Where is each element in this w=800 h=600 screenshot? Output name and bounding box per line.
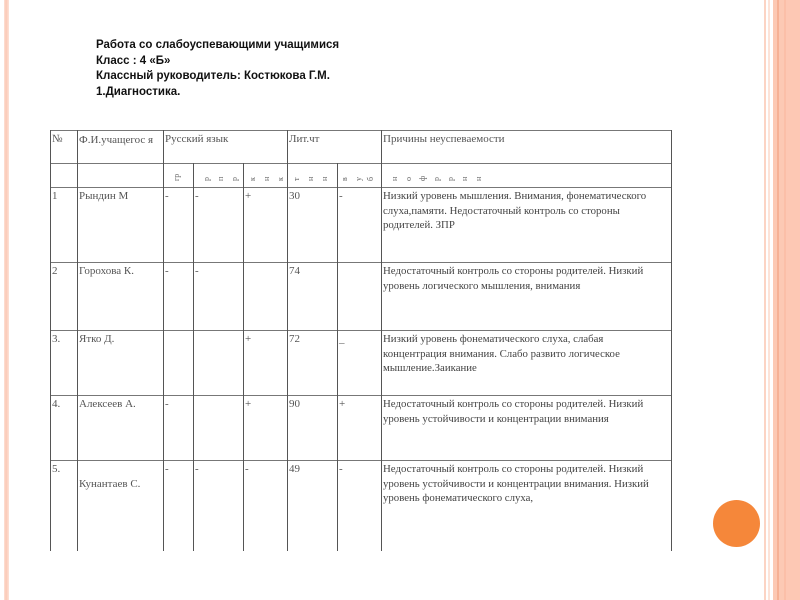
cell-reasons: Низкий уровень фонематического слуха, сл…: [381, 330, 671, 378]
cell-russian-3: +: [243, 395, 287, 414]
heading-teacher: Классный руководитель: Костюкова Г.М.: [96, 69, 339, 85]
subheader-fragment: р: [446, 177, 455, 181]
subheader-fragment: гр: [172, 174, 181, 181]
cell-russian-1: -: [163, 395, 193, 414]
cell-russian-3: +: [243, 330, 287, 349]
cell-student-name: Рындин М: [77, 187, 163, 206]
subheader-fragment: о: [404, 177, 413, 181]
table-row-divider: [50, 163, 671, 164]
cell-reading-2: _: [337, 330, 381, 349]
table-column-divider: [337, 163, 338, 551]
cell-russian-3: [243, 262, 287, 266]
cell-russian-1: -: [163, 460, 193, 479]
cell-number: 1: [50, 187, 77, 206]
cell-russian-2: -: [193, 460, 243, 479]
subheader-fragment: н: [474, 177, 483, 181]
cell-reading-2: -: [337, 460, 381, 479]
cell-reading-2: -: [337, 187, 381, 206]
subheader-fragment: к: [248, 177, 257, 181]
cell-reading-2: [337, 262, 381, 266]
cell-reading-score: 90: [287, 395, 337, 414]
cell-reading-score: 74: [287, 262, 337, 281]
cell-student-name: Ятко Д.: [77, 330, 163, 349]
cell-student-name: Горохова К.: [77, 262, 163, 281]
slide-left-border: [4, 0, 9, 600]
cell-reading-2: +: [337, 395, 381, 414]
subheader-fragment: к: [276, 177, 285, 181]
cell-reading-score: 72: [287, 330, 337, 349]
slide-right-border: [764, 0, 800, 600]
cell-russian-1: -: [163, 262, 193, 281]
subheader-fragment: р: [432, 177, 441, 181]
cell-russian-3: -: [243, 460, 287, 479]
decorative-orange-circle: [713, 500, 760, 547]
cell-reasons: Низкий уровень мышления. Внимания, фонем…: [381, 187, 671, 235]
subheader-fragment: н: [262, 177, 271, 181]
subheader-fragment: в: [340, 177, 349, 181]
cell-number: 2: [50, 262, 77, 281]
subheader-fragment: н: [390, 177, 399, 181]
subheader-fragment: б: [366, 177, 375, 181]
cell-student-name: Кунантаев С.: [77, 475, 163, 494]
subheader-fragment: р: [230, 177, 239, 181]
subheader-fragment: у: [354, 177, 363, 181]
cell-student-name: Алексеев А.: [77, 395, 163, 414]
cell-reading-score: 30: [287, 187, 337, 206]
cell-reasons: Недостаточный контроль со стороны родите…: [381, 395, 671, 428]
slide-heading: Работа со слабоуспевающими учащимися Кла…: [96, 38, 339, 100]
subheader-fragment: т: [292, 178, 301, 182]
cell-russian-3: +: [243, 187, 287, 206]
cell-number: 4.: [50, 395, 77, 414]
cell-reading-score: 49: [287, 460, 337, 479]
subheader-fragment: н: [460, 177, 469, 181]
subheader-fragment: н: [306, 177, 315, 181]
subheader-fragment: п: [216, 177, 225, 181]
cell-reasons: Недостаточный контроль со стороны родите…: [381, 460, 671, 508]
header-student-name: Ф.И.учащегос я: [77, 130, 163, 150]
subheader-fragment: р: [202, 177, 211, 181]
cell-number: 5.: [50, 460, 77, 479]
cell-reasons: Недостаточный контроль со стороны родите…: [381, 262, 671, 295]
header-russian-language: Русский язык: [163, 130, 287, 149]
table-column-divider: [243, 163, 244, 551]
cell-russian-2: -: [193, 187, 243, 206]
heading-title: Работа со слабоуспевающими учащимися: [96, 38, 339, 54]
header-literary-reading: Лит.чт: [287, 130, 381, 149]
heading-section: 1.Диагностика.: [96, 85, 339, 101]
cell-russian-2: [193, 330, 243, 334]
cell-russian-2: [193, 395, 243, 399]
heading-class: Класс : 4 «Б»: [96, 54, 339, 70]
header-number: №: [50, 130, 77, 149]
header-reasons: Причины неуспеваемости: [381, 130, 671, 149]
table-column-divider: [671, 130, 672, 551]
subheader-fragment: ф: [418, 176, 427, 181]
cell-russian-2: -: [193, 262, 243, 281]
cell-russian-1: [163, 330, 193, 334]
cell-russian-1: -: [163, 187, 193, 206]
cell-number: 3.: [50, 330, 77, 349]
table-column-divider: [193, 163, 194, 551]
subheader-fragment: н: [320, 177, 329, 181]
